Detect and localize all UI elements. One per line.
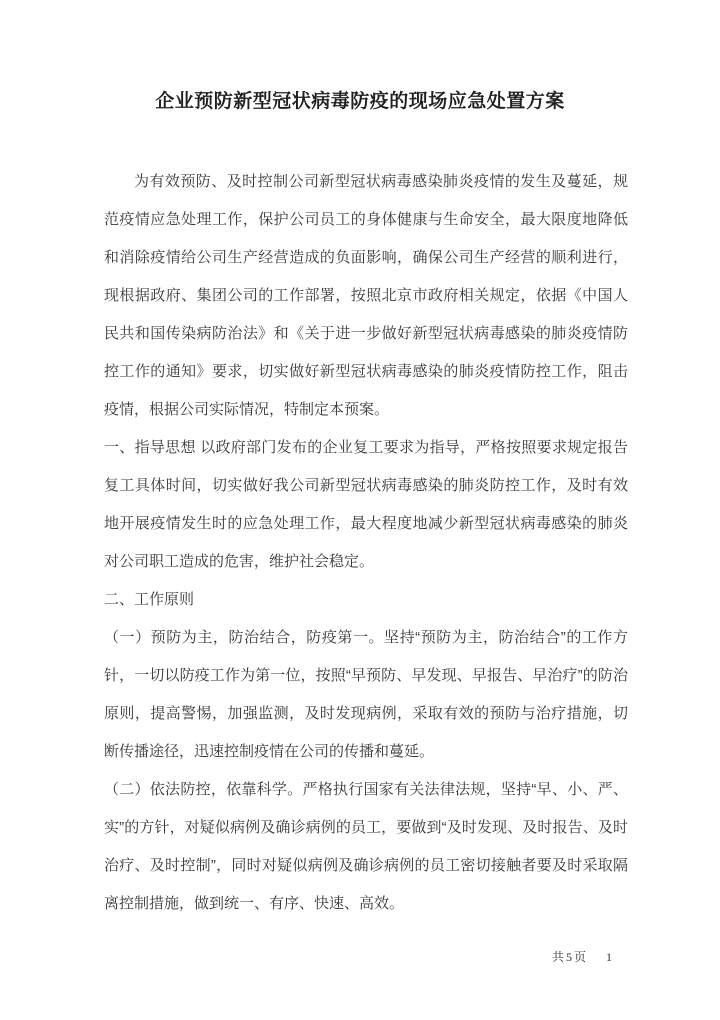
- document-body: 为有效预防、及时控制公司新型冠状病毒感染肺炎疫情的发生及蔓延，规范疫情应急处理工…: [104, 163, 628, 923]
- document-page: 企业预防新型冠状病毒防疫的现场应急处置方案 为有效预防、及时控制公司新型冠状病毒…: [0, 0, 720, 1020]
- paragraph-principle-2: （二）依法防控，依靠科学。严格执行国家有关法律法规，坚持“早、小、严、实”的方针…: [104, 771, 628, 923]
- page-footer: 共5页1: [552, 950, 612, 964]
- page-number: 1: [606, 950, 612, 964]
- paragraph-work-principles-heading: 二、工作原则: [104, 581, 628, 619]
- paragraph-guiding-ideology: 一、指导思想 以政府部门发布的企业复工要求为指导，严格按照要求规定报告复工具体时…: [104, 429, 628, 581]
- paragraph-principle-1: （一）预防为主，防治结合，防疫第一。坚持“预防为主，防治结合”的工作方针，一切以…: [104, 619, 628, 771]
- document-title: 企业预防新型冠状病毒防疫的现场应急处置方案: [0, 88, 720, 116]
- paragraph-preamble: 为有效预防、及时控制公司新型冠状病毒感染肺炎疫情的发生及蔓延，规范疫情应急处理工…: [104, 163, 628, 429]
- page-count-label: 共5页: [552, 950, 588, 964]
